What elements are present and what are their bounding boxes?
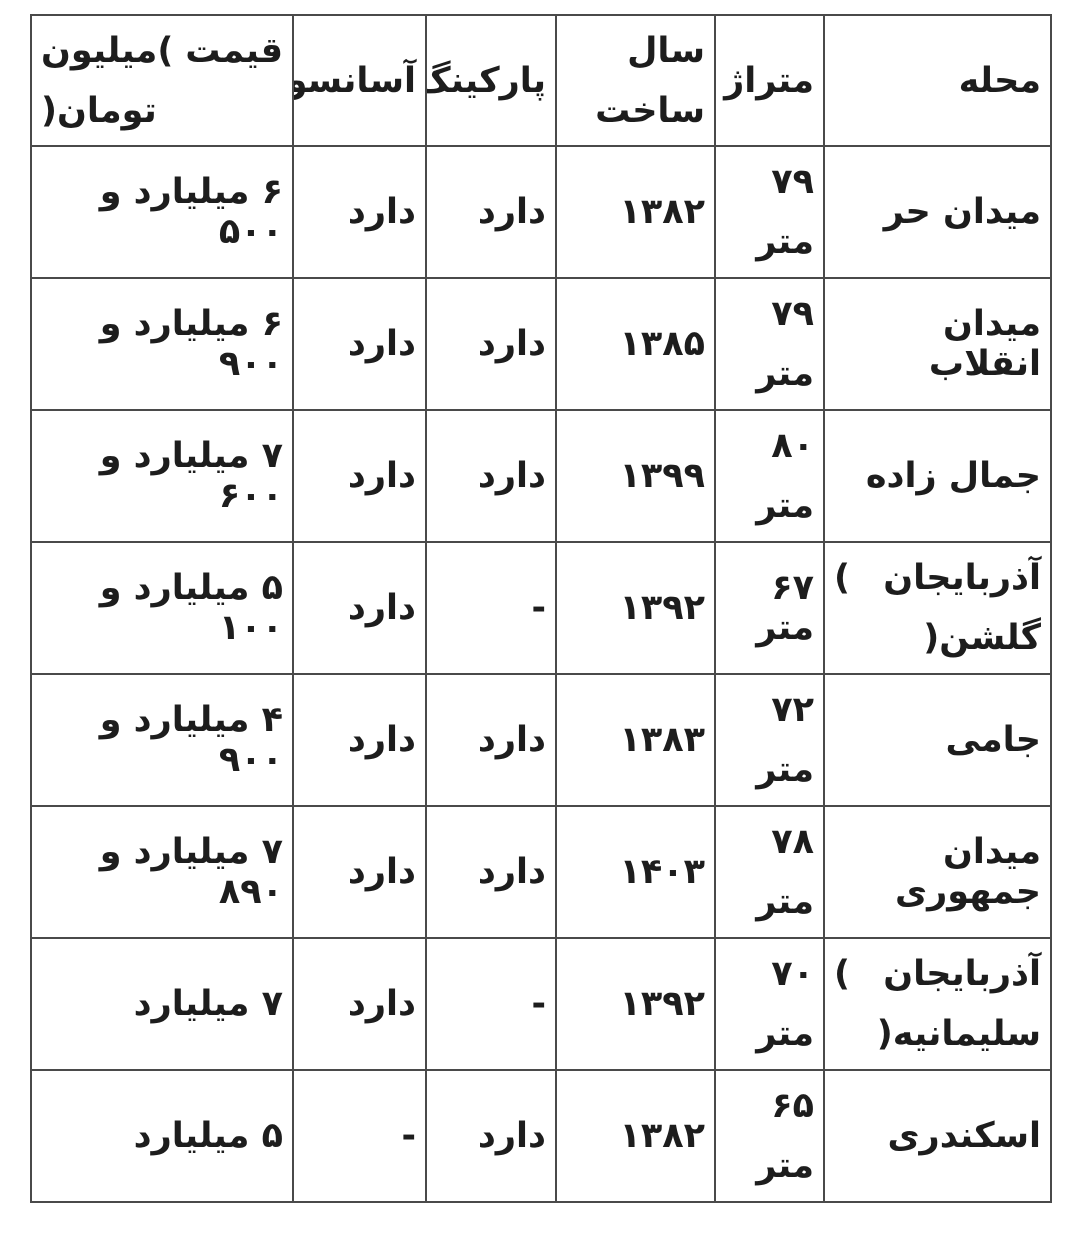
price-text: ۵ میلیارد <box>134 1116 283 1156</box>
header-year-line1: سال <box>566 21 705 81</box>
price-text: ۵ میلیارد و ۱۰۰ <box>100 568 283 648</box>
year-text: ۱۳۸۲ <box>620 1116 705 1156</box>
area-unit: متر <box>725 1136 814 1196</box>
cell-parking: دارد <box>426 806 556 938</box>
area-value: ۷۸ <box>725 812 814 872</box>
header-price-unit-token: میلیون( <box>41 21 173 81</box>
elevator-text: دارد <box>348 984 416 1024</box>
cell-elevator: دارد <box>293 146 426 278</box>
header-year-line2: ساخت <box>566 81 705 141</box>
area-unit: متر <box>725 476 814 536</box>
year-text: ۱۳۹۲ <box>620 984 705 1024</box>
cell-price: ۷ میلیارد و ۶۰۰ <box>31 410 293 542</box>
neighborhood-text: آذربایجان <box>883 944 1041 1004</box>
cell-price: ۵ میلیارد <box>31 1070 293 1202</box>
cell-neighborhood: میدان جمهوری <box>824 806 1051 938</box>
parking-text: دارد <box>478 720 546 760</box>
area-value: ۷۹ <box>725 284 814 344</box>
cell-parking: دارد <box>426 410 556 542</box>
neighborhood-text: میدان حر <box>884 192 1041 232</box>
cell-neighborhood: میدان انقلاب <box>824 278 1051 410</box>
price-text: ۶ میلیارد و ۹۰۰ <box>100 304 283 384</box>
elevator-text: دارد <box>348 324 416 364</box>
open-paren: ( <box>157 31 173 71</box>
table-row: ( آذربایجان )گلشن ۶۷ متر ۱۳۹۲ - دارد ۵ م… <box>31 542 1051 674</box>
close-paren: ) <box>877 1014 893 1054</box>
cell-area: ۶۵ متر <box>715 1070 824 1202</box>
cell-price: ۷ میلیارد و ۸۹۰ <box>31 806 293 938</box>
elevator-text: دارد <box>348 852 416 892</box>
header-price: میلیون( قیمت )تومان <box>31 15 293 146</box>
cell-area: ۷۹ متر <box>715 146 824 278</box>
cell-neighborhood: جامی <box>824 674 1051 806</box>
table-container: محله متراژ سال ساخت پارکینگ آسانسور میلی… <box>30 14 1052 1203</box>
area-inline-text: ۶۷ متر <box>756 568 814 648</box>
cell-parking: دارد <box>426 674 556 806</box>
cell-elevator: دارد <box>293 278 426 410</box>
neighborhood-line2: )گلشن <box>834 608 1041 668</box>
cell-area: ۷۲ متر <box>715 674 824 806</box>
header-row: محله متراژ سال ساخت پارکینگ آسانسور میلی… <box>31 15 1051 146</box>
cell-year-built: ۱۳۸۵ <box>556 278 715 410</box>
table-row: جامی ۷۲ متر ۱۳۸۳ دارد دارد ۴ میلیارد و ۹… <box>31 674 1051 806</box>
cell-neighborhood: ( آذربایجان )سلیمانیه <box>824 938 1051 1070</box>
cell-parking: - <box>426 938 556 1070</box>
area-unit: متر <box>725 740 814 800</box>
cell-year-built: ۱۳۹۲ <box>556 938 715 1070</box>
cell-parking: دارد <box>426 278 556 410</box>
area-unit: متر <box>725 872 814 932</box>
cell-price: ۴ میلیارد و ۹۰۰ <box>31 674 293 806</box>
price-text: ۷ میلیارد و ۶۰۰ <box>100 436 283 516</box>
year-text: ۱۳۸۵ <box>620 324 705 364</box>
header-price-unit-word: میلیون <box>41 31 157 71</box>
open-paren: ( <box>834 548 850 608</box>
area-value: ۷۲ <box>725 680 814 740</box>
cell-price: ۶ میلیارد و ۵۰۰ <box>31 146 293 278</box>
neighborhood-text: جامی <box>946 720 1041 760</box>
close-paren: ) <box>923 618 939 658</box>
cell-elevator: دارد <box>293 542 426 674</box>
header-price-line2: )تومان <box>41 81 283 141</box>
parking-text: دارد <box>478 852 546 892</box>
neighborhood-text2: سلیمانیه <box>893 1014 1041 1054</box>
table-row: میدان جمهوری ۷۸ متر ۱۴۰۳ دارد دارد ۷ میل… <box>31 806 1051 938</box>
parking-text: دارد <box>478 1116 546 1156</box>
price-text: ۶ میلیارد و ۵۰۰ <box>100 172 283 252</box>
cell-area: ۷۹ متر <box>715 278 824 410</box>
neighborhood-line1: ( آذربایجان <box>834 944 1041 1004</box>
neighborhood-text: جمال زاده <box>866 456 1041 496</box>
neighborhood-text2: گلشن <box>939 618 1041 658</box>
open-paren: ( <box>834 944 850 1004</box>
cell-elevator: دارد <box>293 674 426 806</box>
cell-neighborhood: جمال زاده <box>824 410 1051 542</box>
header-area-label: متراژ <box>724 61 814 101</box>
price-text: ۴ میلیارد و ۹۰۰ <box>100 700 283 780</box>
area-value: ۷۰ <box>725 944 814 1004</box>
header-elevator-label: آسانسور <box>293 61 416 101</box>
year-text: ۱۳۹۹ <box>620 456 705 496</box>
neighborhood-text: اسکندری <box>887 1116 1041 1156</box>
cell-area: ۷۸ متر <box>715 806 824 938</box>
cell-neighborhood: اسکندری <box>824 1070 1051 1202</box>
cell-neighborhood: ( آذربایجان )گلشن <box>824 542 1051 674</box>
header-price-unit2-word: تومان <box>57 91 157 131</box>
header-price-line1: میلیون( قیمت <box>41 21 283 81</box>
header-elevator: آسانسور <box>293 15 426 146</box>
cell-price: ۷ میلیارد <box>31 938 293 1070</box>
neighborhood-line2: )سلیمانیه <box>834 1004 1041 1064</box>
cell-elevator: - <box>293 1070 426 1202</box>
elevator-text: دارد <box>348 588 416 628</box>
cell-parking: - <box>426 542 556 674</box>
area-unit: متر <box>725 1004 814 1064</box>
cell-area: ۶۷ متر <box>715 542 824 674</box>
elevator-text: دارد <box>348 456 416 496</box>
year-text: ۱۳۸۲ <box>620 192 705 232</box>
cell-year-built: ۱۳۸۲ <box>556 1070 715 1202</box>
parking-text: - <box>531 588 546 628</box>
cell-elevator: دارد <box>293 410 426 542</box>
year-text: ۱۳۸۳ <box>620 720 705 760</box>
header-parking-label: پارکینگ <box>426 61 546 101</box>
table-row: ( آذربایجان )سلیمانیه ۷۰ متر ۱۳۹۲ - دارد… <box>31 938 1051 1070</box>
table-row: جمال زاده ۸۰ متر ۱۳۹۹ دارد دارد ۷ میلیار… <box>31 410 1051 542</box>
neighborhood-text: میدان جمهوری <box>895 832 1041 912</box>
cell-price: ۵ میلیارد و ۱۰۰ <box>31 542 293 674</box>
area-value: ۸۰ <box>725 416 814 476</box>
header-area: متراژ <box>715 15 824 146</box>
price-text: ۷ میلیارد و ۸۹۰ <box>100 832 283 912</box>
cell-year-built: ۱۳۸۳ <box>556 674 715 806</box>
parking-text: دارد <box>478 456 546 496</box>
cell-year-built: ۱۳۸۲ <box>556 146 715 278</box>
header-parking: پارکینگ <box>426 15 556 146</box>
neighborhood-text: آذربایجان <box>883 548 1041 608</box>
table-row: اسکندری ۶۵ متر ۱۳۸۲ دارد - ۵ میلیارد <box>31 1070 1051 1202</box>
cell-area: ۸۰ متر <box>715 410 824 542</box>
elevator-text: دارد <box>348 192 416 232</box>
year-text: ۱۳۹۲ <box>620 588 705 628</box>
cell-year-built: ۱۴۰۳ <box>556 806 715 938</box>
price-text: ۷ میلیارد <box>134 984 283 1024</box>
real-estate-comparison-table: محله متراژ سال ساخت پارکینگ آسانسور میلی… <box>30 14 1052 1203</box>
neighborhood-line1: ( آذربایجان <box>834 548 1041 608</box>
elevator-text: - <box>401 1116 416 1156</box>
cell-area: ۷۰ متر <box>715 938 824 1070</box>
year-text: ۱۴۰۳ <box>620 852 705 892</box>
area-value: ۷۹ <box>725 152 814 212</box>
cell-neighborhood: میدان حر <box>824 146 1051 278</box>
area-unit: متر <box>725 212 814 272</box>
parking-text: دارد <box>478 324 546 364</box>
elevator-text: دارد <box>348 720 416 760</box>
cell-price: ۶ میلیارد و ۹۰۰ <box>31 278 293 410</box>
table-row: میدان انقلاب ۷۹ متر ۱۳۸۵ دارد دارد ۶ میل… <box>31 278 1051 410</box>
area-value: ۶۵ <box>725 1076 814 1136</box>
cell-year-built: ۱۳۹۲ <box>556 542 715 674</box>
header-year-built: سال ساخت <box>556 15 715 146</box>
header-neighborhood-label: محله <box>959 61 1041 101</box>
neighborhood-text: میدان انقلاب <box>929 304 1041 384</box>
cell-year-built: ۱۳۹۹ <box>556 410 715 542</box>
close-paren: ) <box>41 91 57 131</box>
cell-elevator: دارد <box>293 938 426 1070</box>
table-row: میدان حر ۷۹ متر ۱۳۸۲ دارد دارد ۶ میلیارد… <box>31 146 1051 278</box>
parking-text: - <box>531 984 546 1024</box>
header-price-word: قیمت <box>185 21 283 81</box>
cell-parking: دارد <box>426 1070 556 1202</box>
area-unit: متر <box>725 344 814 404</box>
cell-parking: دارد <box>426 146 556 278</box>
header-neighborhood: محله <box>824 15 1051 146</box>
parking-text: دارد <box>478 192 546 232</box>
cell-elevator: دارد <box>293 806 426 938</box>
